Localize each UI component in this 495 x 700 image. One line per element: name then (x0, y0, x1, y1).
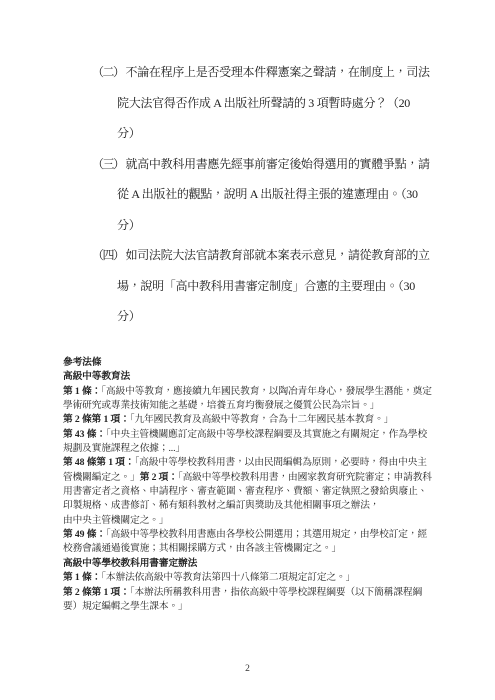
law-line: 第 1 條：「本辦法依高級中等教育法第四十八條第二項規定訂定之。」 (63, 571, 465, 585)
question-4-line-2: 場，說明「高中教科用書審定制度」合憲的主要理由。（30 (0, 271, 495, 302)
law-text-segment: 「高級中等教育，應接續九年國民教育，以陶冶青年身心，發展學生潛能，奠定 (101, 386, 432, 397)
law-text-segment: 第 48 條第 1 項： (63, 457, 134, 468)
law-text-segment: 規劃及實施課程之依據；...」 (63, 443, 185, 454)
page-number: 2 (0, 664, 495, 674)
question-3-line-3: 分） (0, 210, 495, 241)
law-heading: 參考法條 (63, 356, 465, 370)
law-text-segment: 學術研究或專業技術知能之基礎，培養五育均衡發展之優質公民為宗旨。」 (63, 400, 379, 411)
law-heading: 高級中等學校教科用書審定辦法 (63, 557, 465, 571)
law-text-segment: 第 2 條第 1 項： (63, 414, 130, 425)
law-text-segment: 「九年國民教育及高級中等教育，合為十二年國民基本教育。」 (130, 414, 394, 425)
law-line: 第 43 條：「中央主管機關應訂定高級中等學校課程綱要及其實施之有關規定，作為學… (63, 428, 465, 442)
law-heading: 高級中等教育法 (63, 370, 465, 384)
law-text-segment: 參考法條 (63, 357, 101, 368)
question-4-line-3: 分） (0, 301, 495, 332)
law-text-segment: 由中央主管機關定之。」 (63, 515, 168, 526)
law-line: 要）規定編輯之學生課本。」 (63, 600, 465, 614)
question-2-line-3: 分） (0, 118, 495, 149)
law-line: 第 49 條：「高級中等學校教科用書應由各學校公開選用；其選用規定，由學校訂定，… (63, 528, 465, 542)
law-line: 用書審定者之資格、申請程序、審查範圍、審查程序、費額、審定執照之發給與廢止、 (63, 485, 465, 499)
law-text-segment: 「本辦法依高級中等教育法第四十八條第二項規定訂定之。」 (101, 572, 355, 583)
question-3-line-2: 從 A 出版社的觀點，說明 A 出版社得主張的違憲理由。（30 (0, 179, 495, 210)
law-text-segment: 管機關編定之。」 (63, 472, 140, 483)
question-4-text: 如司法院大法官請教育部就本案表示意見，請從教育部的立 (126, 248, 430, 262)
law-text-segment: 第 2 條第 1 項： (63, 587, 130, 598)
question-2-line-2: 院大法官得否作成 A 出版社所聲請的 3 項暫時處分？（20 (0, 88, 495, 119)
law-text-segment: 印製規格、成書修訂、稀有類科教材之編訂與獎助及其他相關事項之辦法， (63, 500, 379, 511)
question-2-label: （二） (92, 65, 126, 79)
law-line: 由中央主管機關定之。」 (63, 514, 465, 528)
law-text-segment: 第 1 條： (63, 386, 101, 397)
question-4-line-1: （四）如司法院大法官請教育部就本案表示意見，請從教育部的立 (0, 240, 495, 271)
question-3-text: 就高中教科用書應先經事前審定後始得選用的實體爭點，請 (126, 157, 430, 171)
law-text-segment: 高級中等教育法 (63, 371, 130, 382)
law-text-segment: 校務會議通過後實施；其相關採購方式，由各該主管機關定之。」 (63, 543, 341, 554)
question-3-line-1: （三）就高中教科用書應先經事前審定後始得選用的實體爭點，請 (0, 149, 495, 180)
law-line: 印製規格、成書修訂、稀有類科教材之編訂與獎助及其他相關事項之辦法， (63, 499, 465, 513)
law-line: 第 2 條第 1 項：「本辦法所稱教科用書，指依高級中等學校課程綱要（以下簡稱課… (63, 586, 465, 600)
question-2-text: 不論在程序上是否受理本件釋憲案之聲請，在制度上，司法 (126, 65, 430, 79)
law-text-segment: 用書審定者之資格、申請程序、審查範圍、審查程序、費額、審定執照之發給與廢止、 (63, 486, 427, 497)
law-text-segment: 「高級中等學校教科用書應由各學校公開選用；其選用規定，由學校訂定，經 (106, 529, 427, 540)
law-text-segment: 「高級中等學校教科用書，以由民間編輯為原則，必要時，得由中央主 (134, 457, 426, 468)
law-line: 第 2 條第 1 項：「九年國民教育及高級中等教育，合為十二年國民基本教育。」 (63, 413, 465, 427)
law-text-segment: 「本辦法所稱教科用書，指依高級中等學校課程綱要（以下簡稱課程綱 (130, 587, 422, 598)
question-3-label: （三） (92, 157, 126, 171)
law-text-segment: 「高級中等學校教科用書，由國家教育研究院審定；申請教科 (178, 472, 432, 483)
law-line: 第 1 條：「高級中等教育，應接續九年國民教育，以陶冶青年身心，發展學生潛能，奠… (63, 385, 465, 399)
question-4-label: （四） (92, 248, 126, 262)
law-line: 規劃及實施課程之依據；...」 (63, 442, 465, 456)
law-text-segment: 第 49 條： (63, 529, 106, 540)
law-text-segment: 要）規定編輯之學生課本。」 (63, 601, 188, 612)
law-line: 學術研究或專業技術知能之基礎，培養五育均衡發展之優質公民為宗旨。」 (63, 399, 465, 413)
law-text-segment: 第 43 條： (63, 429, 106, 440)
law-text-segment: 第 2 項： (140, 472, 178, 483)
document-page: （二）不論在程序上是否受理本件釋憲案之聲請，在制度上，司法 院大法官得否作成 A… (0, 0, 495, 700)
question-2-line-1: （二）不論在程序上是否受理本件釋憲案之聲請，在制度上，司法 (0, 57, 495, 88)
reference-lines: 參考法條高級中等教育法第 1 條：「高級中等教育，應接續九年國民教育，以陶冶青年… (63, 356, 465, 614)
law-text-segment: 「中央主管機關應訂定高級中等學校課程綱要及其實施之有關規定，作為學校 (106, 429, 427, 440)
law-line: 第 48 條第 1 項：「高級中等學校教科用書，以由民間編輯為原則，必要時，得由… (63, 456, 465, 470)
law-text-segment: 高級中等學校教科用書審定辦法 (63, 558, 197, 569)
question-section: （二）不論在程序上是否受理本件釋憲案之聲請，在制度上，司法 院大法官得否作成 A… (0, 57, 495, 332)
law-line: 管機關編定之。」第 2 項：「高級中等學校教科用書，由國家教育研究院審定；申請教… (63, 471, 465, 485)
law-line: 校務會議通過後實施；其相關採購方式，由各該主管機關定之。」 (63, 542, 465, 556)
law-text-segment: 第 1 條： (63, 572, 101, 583)
